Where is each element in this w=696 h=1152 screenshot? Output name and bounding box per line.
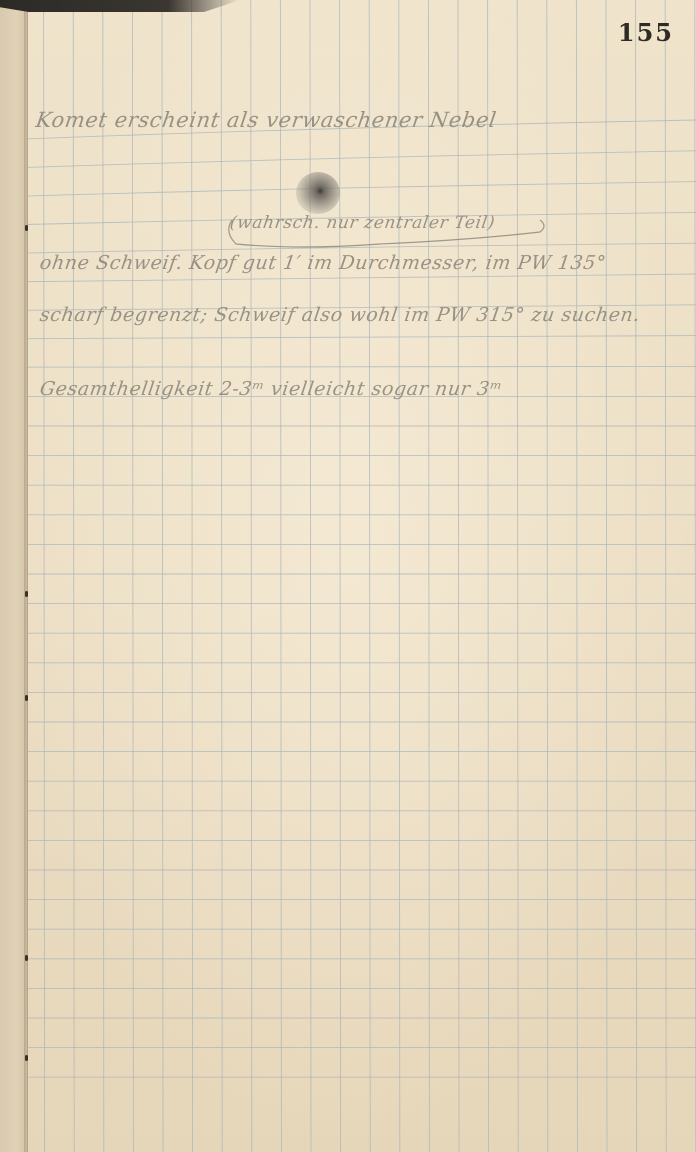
entry-line: ohne Schweif. Kopf gut 1′ im Durchmesser…	[38, 252, 607, 274]
entry-line: scharf begrenzt; Schweif also wohl im PW…	[38, 304, 641, 326]
binding-stitch	[25, 225, 28, 231]
binding-stitch	[25, 695, 28, 701]
binding-stitch	[25, 591, 28, 597]
scan-shadow	[0, 0, 240, 12]
grid-lines	[0, 0, 696, 1152]
comet-sketch	[296, 172, 340, 214]
entry-heading: Komet erscheint als verwaschener Nebel	[34, 108, 498, 132]
entry-line: Gesamthelligkeit 2-3ᵐ vielleicht sogar n…	[38, 378, 503, 400]
notebook-page: 155 Komet erscheint als verwaschener Neb…	[0, 0, 696, 1152]
page-number: 155	[618, 18, 674, 47]
sketch-note: (wahrsch. nur zentraler Teil)	[229, 213, 497, 233]
binding-stitch	[25, 1055, 28, 1061]
binding-stitch	[25, 955, 28, 961]
binding-shadow	[24, 0, 28, 1152]
